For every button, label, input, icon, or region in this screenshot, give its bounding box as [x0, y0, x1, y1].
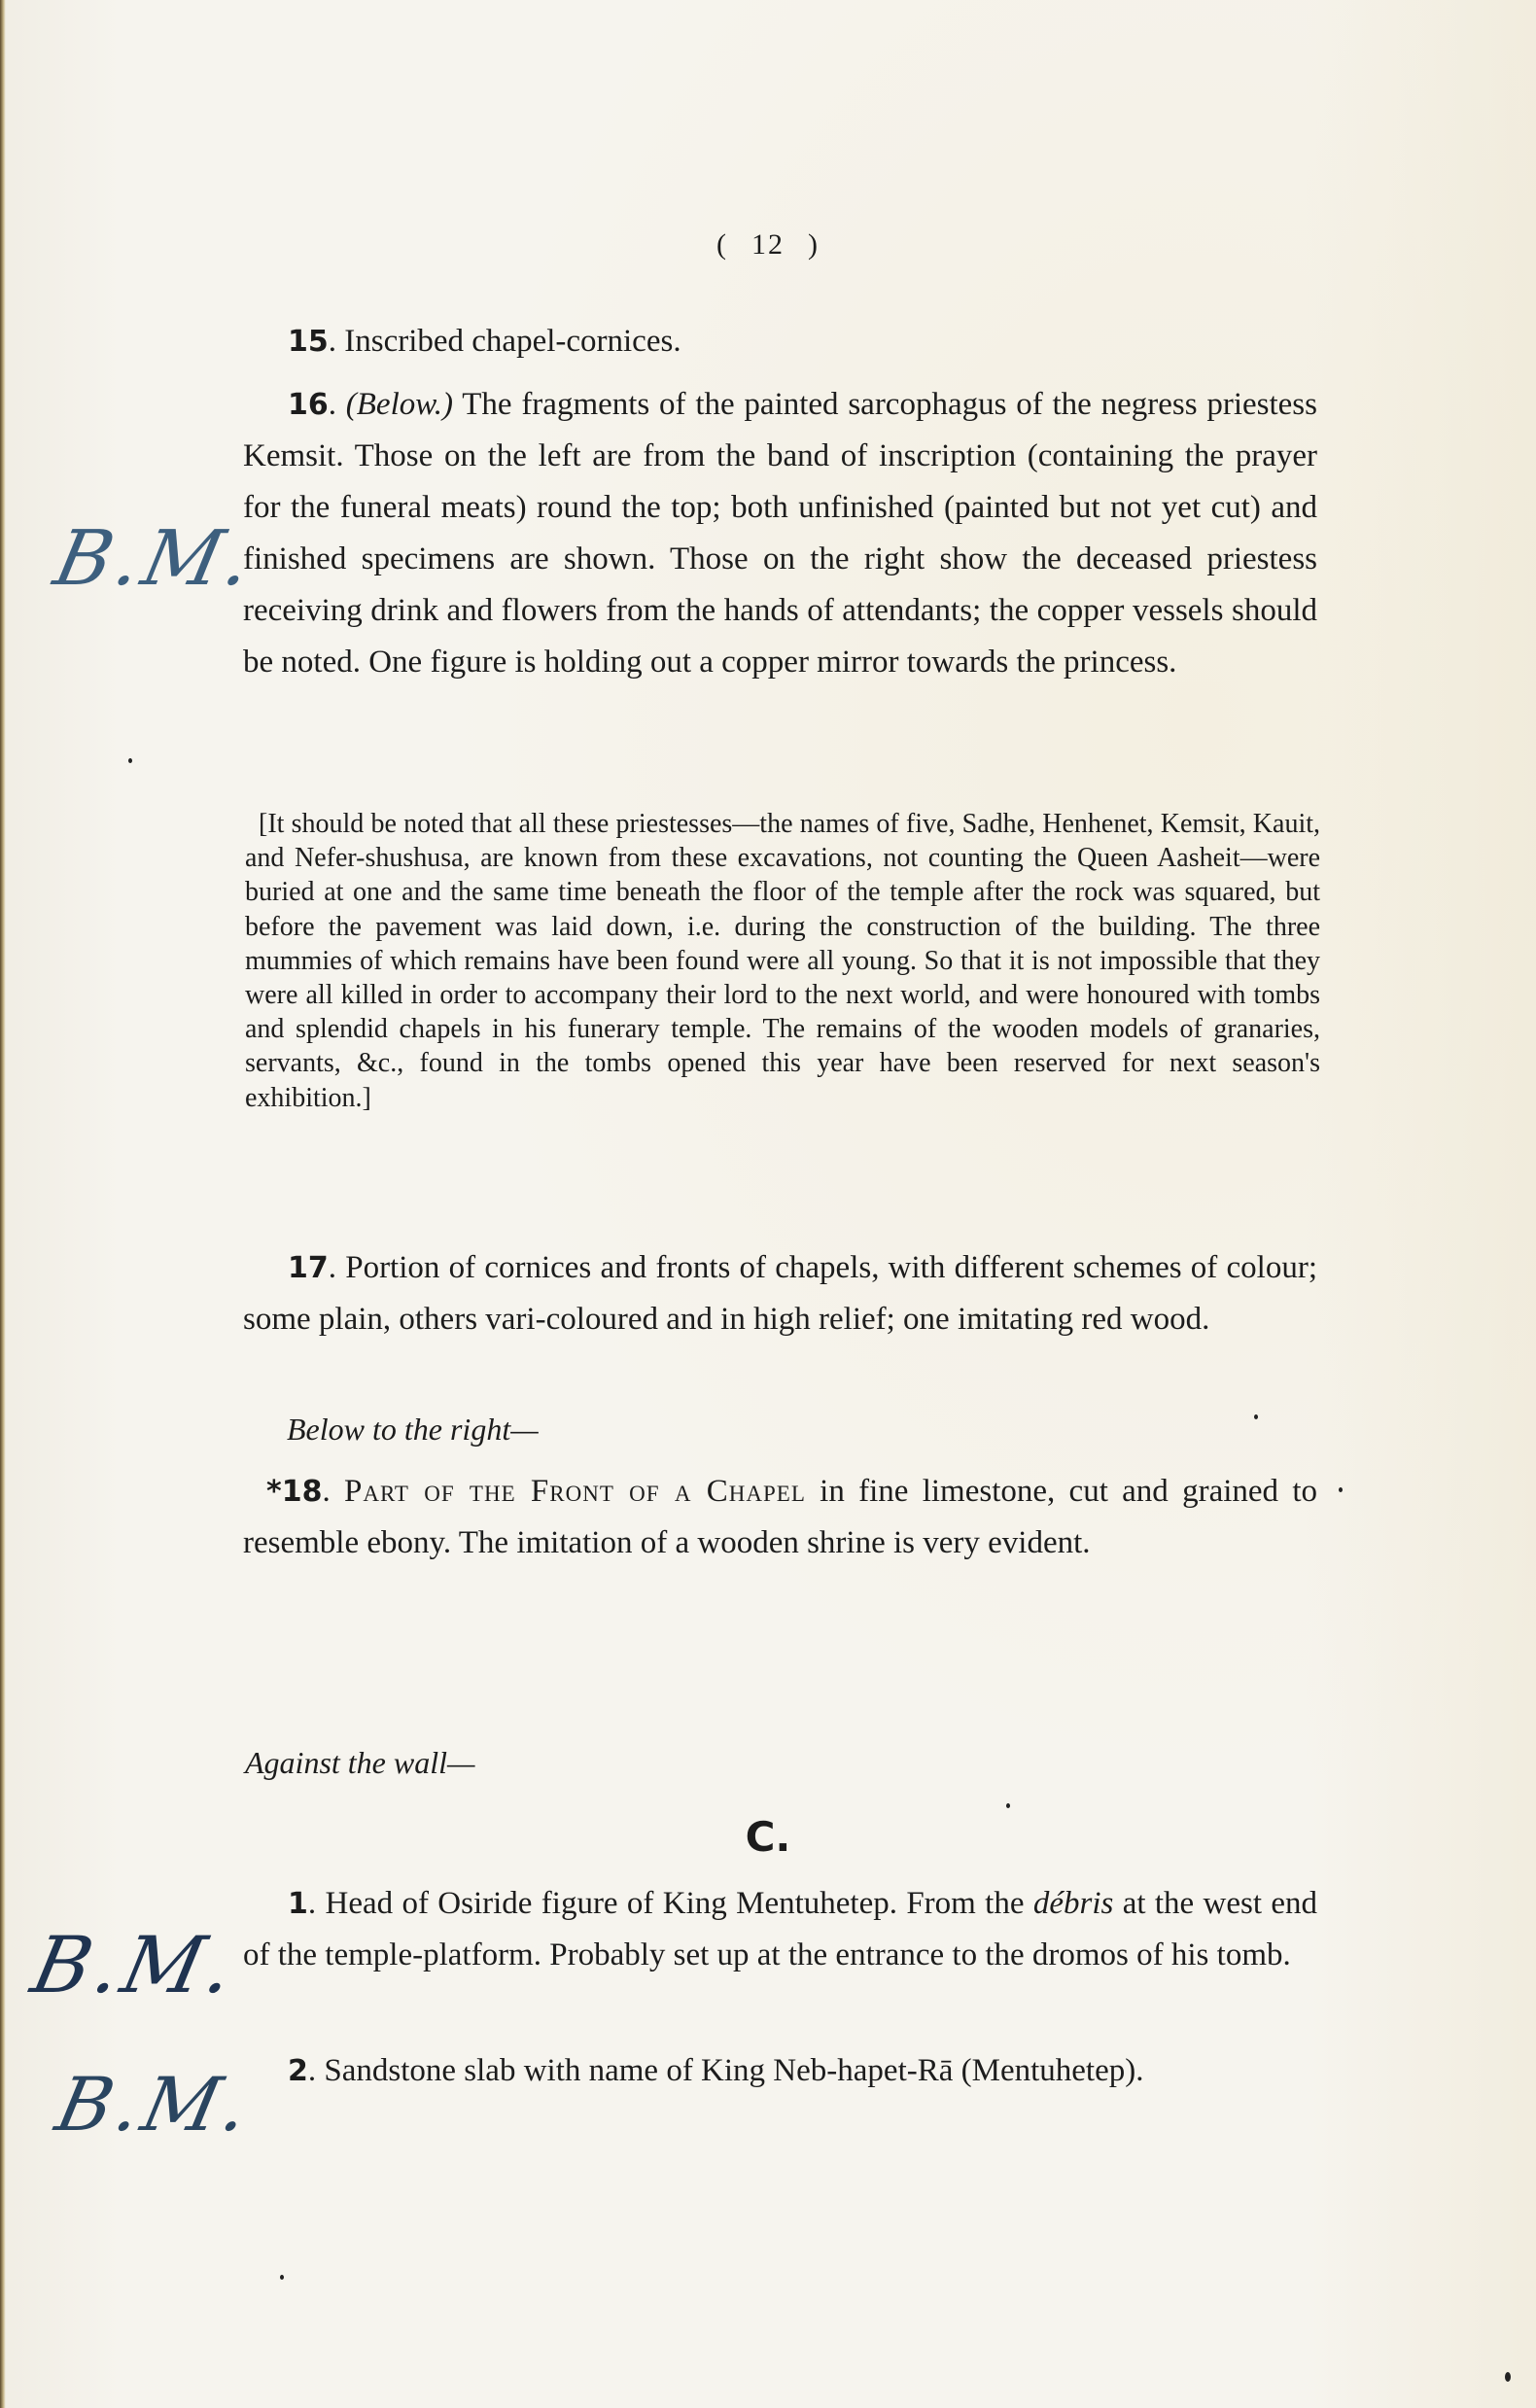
entry-text: Inscribed chapel-cornices. — [344, 324, 681, 359]
paper-speck — [1505, 2372, 1511, 2382]
entry-title: Part of the Front of a Chapel — [344, 1474, 806, 1509]
entry-number: 2 — [288, 2054, 308, 2088]
entry-17: 17. Portion of cornices and fronts of ch… — [243, 1242, 1317, 1345]
page-number-paren-close: ) — [785, 228, 843, 261]
paper-speck — [1339, 1487, 1343, 1492]
page-edge — [0, 0, 6, 2408]
entry-text: Sandstone slab with name of King Neb-hap… — [324, 2053, 1143, 2088]
section-c-entry-1: 1. Head of Osiride figure of King Mentuh… — [243, 1878, 1317, 1981]
paper-speck — [128, 758, 132, 763]
handwritten-annotation-bm-2: B.M. — [24, 1920, 245, 2010]
section-c-entry-2: 2. Sandstone slab with name of King Neb-… — [243, 2045, 1317, 2097]
entry-text-before: Head of Osiride figure of King Mentuhete… — [325, 1886, 1024, 1921]
page-number-value: 12 — [751, 228, 785, 261]
section-heading-c: C. — [0, 1813, 1536, 1861]
page-number-paren-open: ( — [693, 228, 751, 261]
entry-italic-word: débris — [1033, 1886, 1114, 1921]
subheading-below-right: Below to the right— — [287, 1412, 539, 1448]
entry-16: 16. (Below.) The fragments of the painte… — [243, 379, 1317, 688]
handwritten-annotation-bm-1: B.M. — [47, 515, 262, 603]
entry-number: 16 — [288, 388, 329, 422]
bracketed-note: [It should be noted that all these pries… — [245, 807, 1320, 1115]
page-number: (12) — [0, 228, 1536, 262]
entry-number: 15 — [288, 325, 329, 359]
entry-18: *18. Part of the Front of a Chapel in fi… — [243, 1466, 1317, 1569]
paper-speck — [1254, 1414, 1258, 1419]
handwritten-annotation-bm-3: B.M. — [50, 2061, 261, 2147]
note-text: [It should be noted that all these pries… — [245, 807, 1320, 1115]
paper-speck — [1006, 1803, 1010, 1808]
entry-15: 15. Inscribed chapel-cornices. — [243, 316, 1317, 367]
subheading-against-wall: Against the wall— — [245, 1745, 474, 1781]
entry-number: 17 — [288, 1251, 329, 1285]
entry-number: *18 — [266, 1475, 322, 1509]
entry-text: The fragments of the painted sarcophagus… — [243, 387, 1317, 680]
entry-number: 1 — [288, 1887, 308, 1921]
entry-text: Portion of cornices and fronts of chapel… — [243, 1250, 1317, 1337]
paper-speck — [280, 2275, 284, 2280]
entry-location-label: (Below.) — [346, 387, 453, 422]
